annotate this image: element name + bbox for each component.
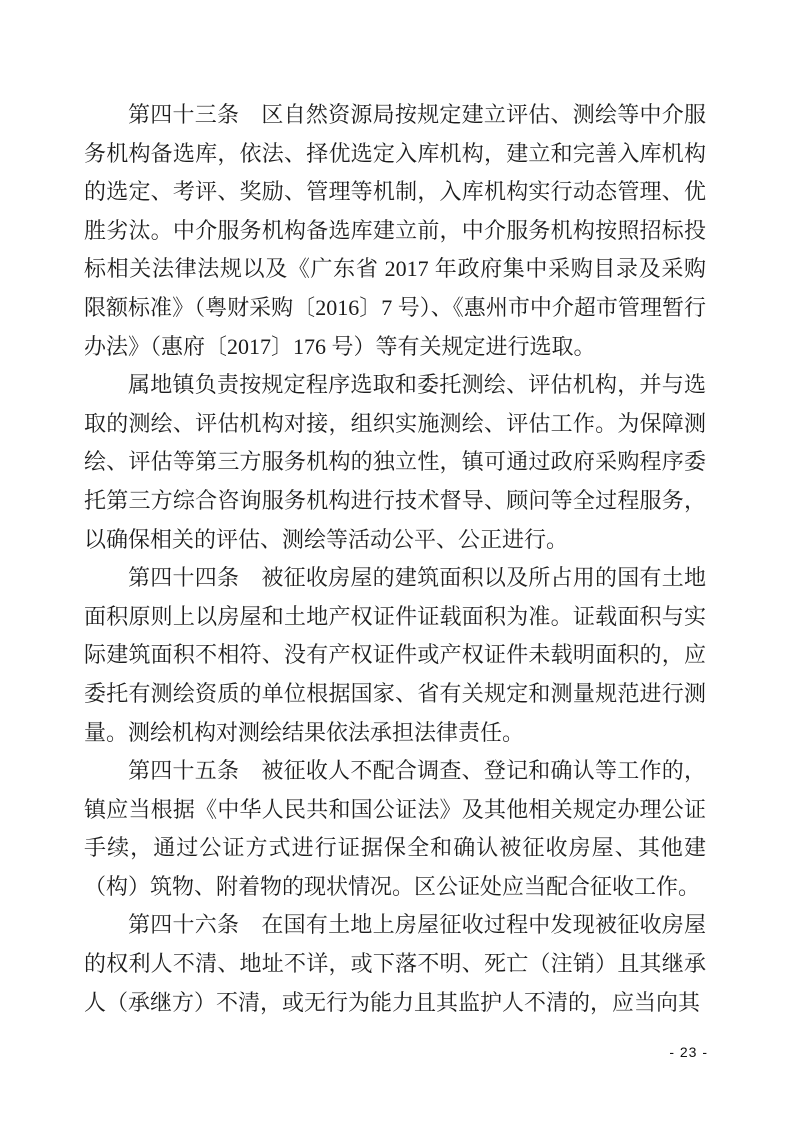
- article-46-paragraph: 第四十六条 在国有土地上房屋征收过程中发现被征收房屋的权利人不清、地址不详，或下…: [84, 906, 706, 1022]
- article-45-paragraph: 第四十五条 被征收人不配合调查、登记和确认等工作的，镇应当根据《中华人民共和国公…: [84, 752, 706, 906]
- article-43-paragraph: 第四十三条 区自然资源局按规定建立评估、测绘等中介服务机构备选库，依法、择优选定…: [84, 96, 706, 366]
- document-page: 第四十三条 区自然资源局按规定建立评估、测绘等中介服务机构备选库，依法、择优选定…: [0, 0, 800, 1131]
- page-number: - 23 -: [669, 1044, 708, 1060]
- article-43-paragraph-2: 属地镇负责按规定程序选取和委托测绘、评估机构，并与选取的测绘、评估机构对接，组织…: [84, 366, 706, 559]
- article-44-paragraph: 第四十四条 被征收房屋的建筑面积以及所占用的国有土地面积原则上以房屋和土地产权证…: [84, 559, 706, 752]
- document-body: 第四十三条 区自然资源局按规定建立评估、测绘等中介服务机构备选库，依法、择优选定…: [84, 96, 706, 1022]
